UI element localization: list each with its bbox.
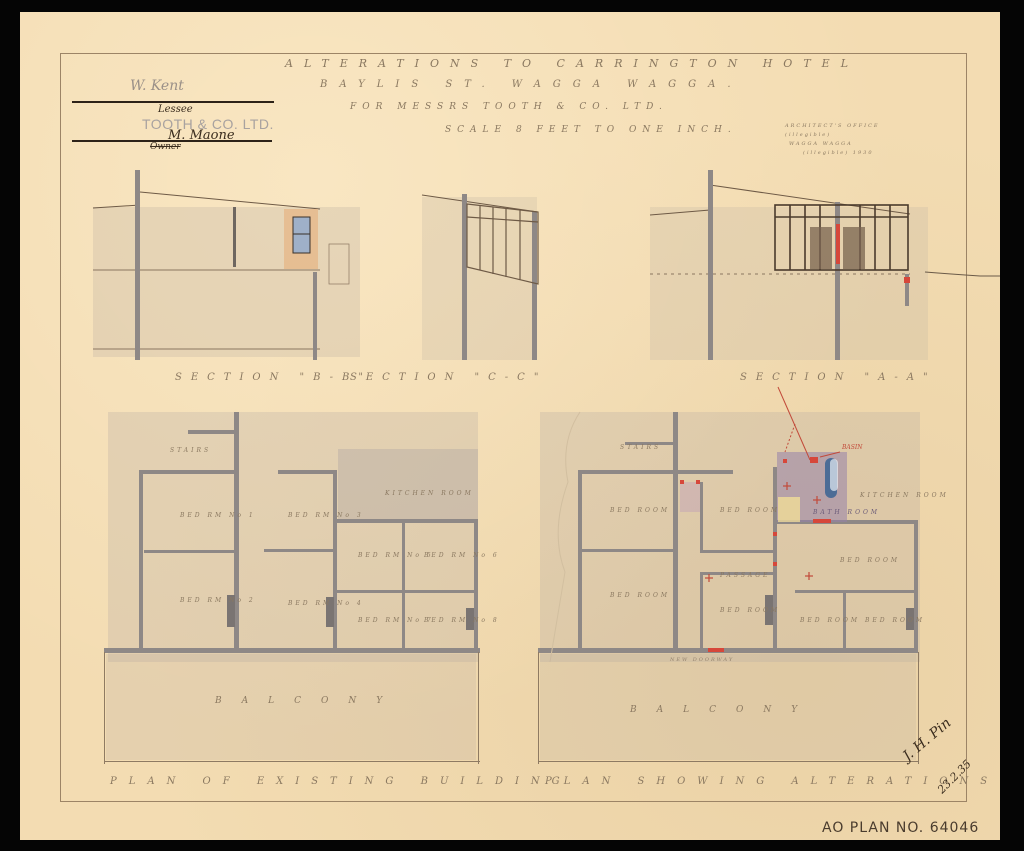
plan-alterations-caption: PLAN SHOWING ALTERATIONS: [545, 776, 999, 787]
room-label: STAIRS: [620, 444, 661, 451]
room-label: BED ROOM: [610, 507, 670, 514]
room-label: BATH ROOM: [813, 509, 880, 516]
room-label: BED ROOM: [840, 557, 900, 564]
basin-callout: BASIN: [842, 444, 862, 451]
room-label: BED ROOM: [720, 607, 780, 614]
room-label: BED ROOM: [610, 592, 670, 599]
drain-line: [778, 387, 840, 460]
balcony-label: BALCONY: [630, 705, 817, 715]
drawing-sheet: ALTERATIONS TO CARRINGTON HOTEL BAYLIS S…: [20, 12, 1000, 840]
room-label: BED ROOM: [720, 507, 780, 514]
room-label: BED ROOM: [800, 617, 860, 624]
cross-markers: [705, 482, 821, 582]
plan-existing-caption: PLAN OF EXISTING BUILDING: [110, 776, 572, 787]
catalogue-number: AO PLAN NO. 64046: [822, 820, 979, 836]
room-label: PASSAGE: [720, 572, 770, 579]
room-label: BED ROOM: [865, 617, 925, 624]
room-label: KITCHEN ROOM: [860, 492, 949, 499]
